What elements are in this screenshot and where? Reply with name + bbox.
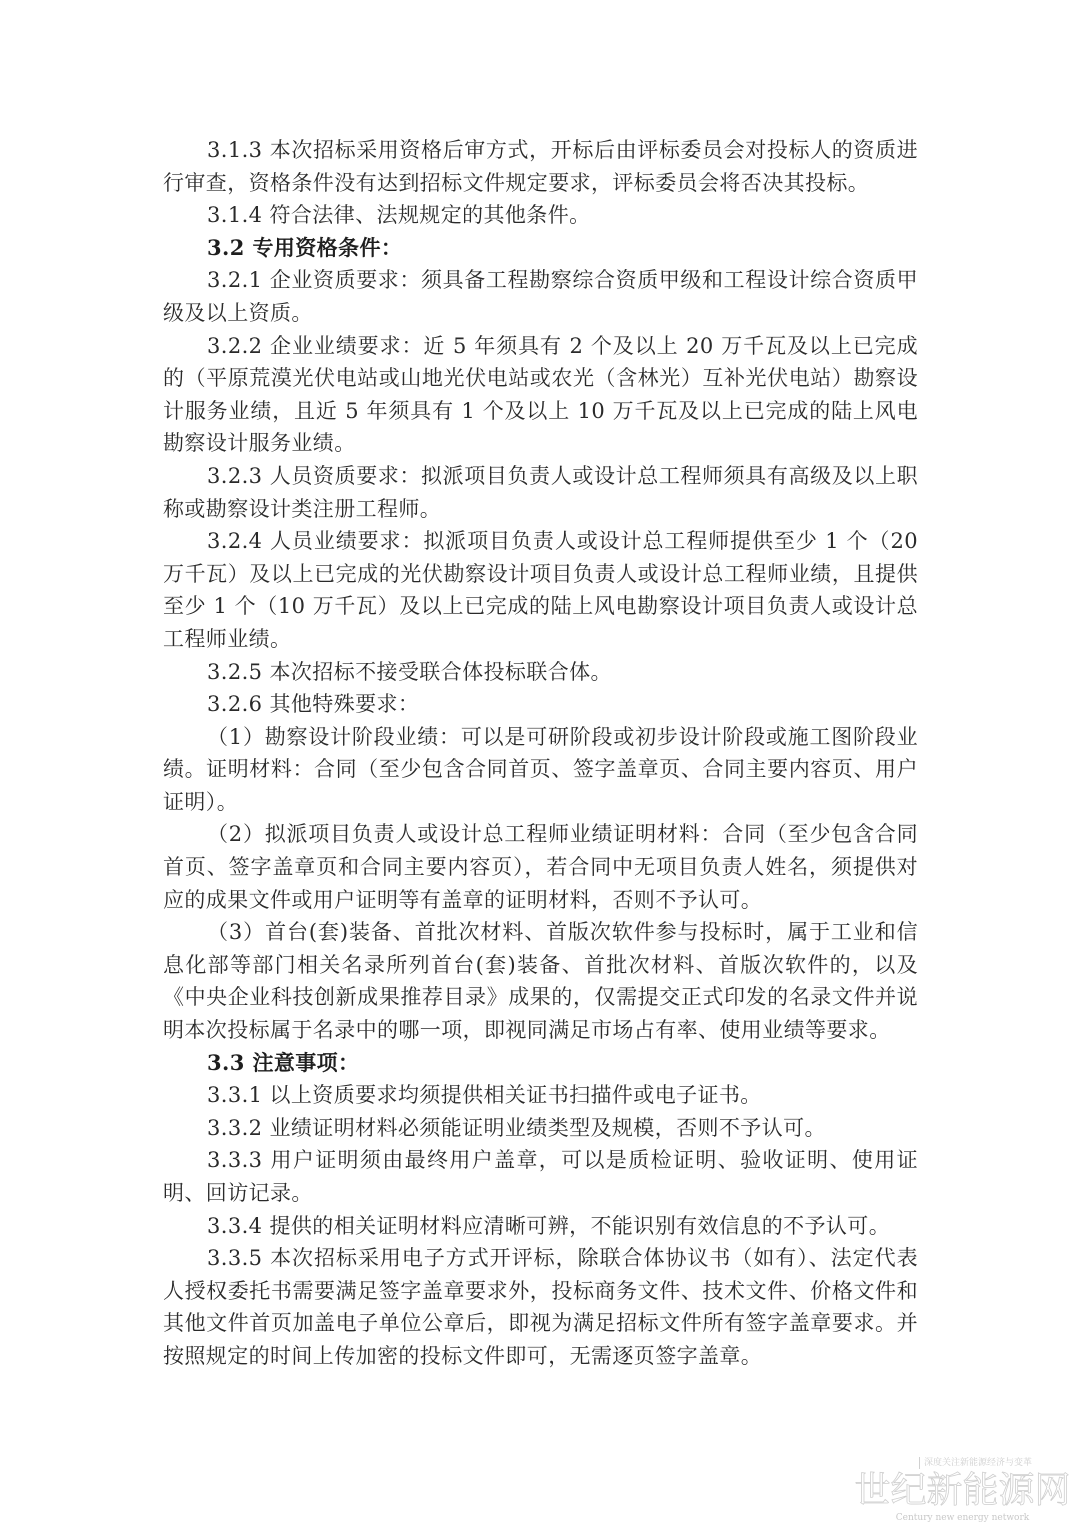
clause-3-1-4: 3.1.4 符合法律、法规规定的其他条件。 xyxy=(163,199,918,232)
clause-3-2-6: 3.2.6 其他特殊要求： xyxy=(163,688,918,721)
section-heading-3-2: 3.2 专用资格条件： xyxy=(163,232,918,265)
clause-3-2-1: 3.2.1 企业资质要求：须具备工程勘察综合资质甲级和工程设计综合资质甲级及以上… xyxy=(163,264,918,329)
clause-3-3-1: 3.3.1 以上资质要求均须提供相关证书扫描件或电子证书。 xyxy=(163,1079,918,1112)
clause-3-2-6-item-2: （2）拟派项目负责人或设计总工程师业绩证明材料：合同（至少包含合同首页、签字盖章… xyxy=(163,818,918,916)
clause-3-3-4: 3.3.4 提供的相关证明材料应清晰可辨，不能识别有效信息的不予认可。 xyxy=(163,1210,918,1243)
watermark-subtitle: Century new energy network xyxy=(845,1513,1080,1524)
watermark-slogan: 深度关注新能源经济与变革 xyxy=(919,1457,1036,1469)
clause-3-2-4: 3.2.4 人员业绩要求：拟派项目负责人或设计总工程师提供至少 1 个（20 万… xyxy=(163,525,918,655)
clause-3-2-6-item-3: （3）首台(套)装备、首批次材料、首版次软件参与投标时，属于工业和信息化部等部门… xyxy=(163,916,918,1046)
clause-3-3-3: 3.3.3 用户证明须由最终用户盖章，可以是质检证明、验收证明、使用证明、回访记… xyxy=(163,1144,918,1209)
watermark-title: 世纪新能源网 xyxy=(845,1469,1080,1513)
document-page: 3.1.3 本次招标采用资格后审方式，开标后由评标委员会对投标人的资质进行审查，… xyxy=(163,134,918,1373)
clause-3-2-5: 3.2.5 本次招标不接受联合体投标联合体。 xyxy=(163,656,918,689)
clause-3-3-5: 3.3.5 本次招标采用电子方式开评标，除联合体协议书（如有）、法定代表人授权委… xyxy=(163,1242,918,1372)
clause-3-2-6-item-1: （1）勘察设计阶段业绩：可以是可研阶段或初步设计阶段或施工图阶段业绩。证明材料：… xyxy=(163,721,918,819)
section-heading-3-3: 3.3 注意事项： xyxy=(163,1047,918,1080)
clause-3-1-3: 3.1.3 本次招标采用资格后审方式，开标后由评标委员会对投标人的资质进行审查，… xyxy=(163,134,918,199)
clause-3-2-3: 3.2.3 人员资质要求：拟派项目负责人或设计总工程师须具有高级及以上职称或勘察… xyxy=(163,460,918,525)
site-watermark: 深度关注新能源经济与变革 世纪新能源网 Century new energy n… xyxy=(845,1450,1080,1527)
clause-3-2-2: 3.2.2 企业业绩要求：近 5 年须具有 2 个及以上 20 万千瓦及以上已完… xyxy=(163,330,918,460)
clause-3-3-2: 3.3.2 业绩证明材料必须能证明业绩类型及规模，否则不予认可。 xyxy=(163,1112,918,1145)
